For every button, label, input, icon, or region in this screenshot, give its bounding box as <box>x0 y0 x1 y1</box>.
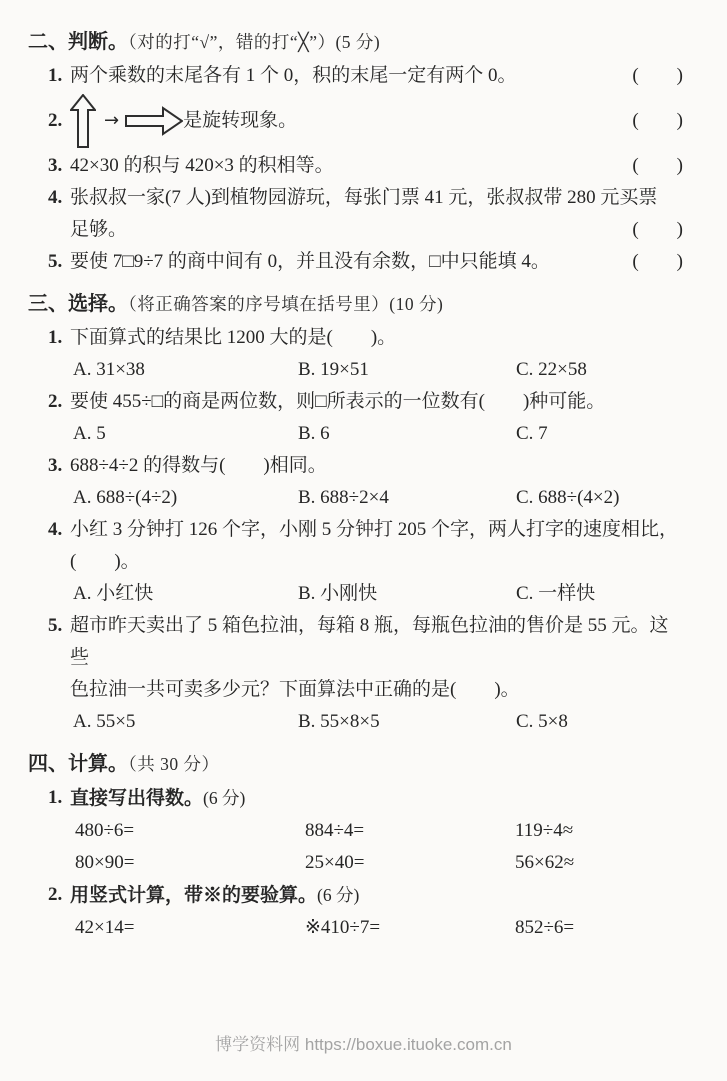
judge-question-3: 3. 42×30 的积与 420×3 的积相等。 ( ) <box>28 150 683 182</box>
judge-question-1: 1. 两个乘数的末尾各有 1 个 0，积的末尾一定有两个 0。 ( ) <box>28 60 683 92</box>
calc-heading-title: 四、计算。 <box>28 753 128 775</box>
footer-watermark: 博学资料网 https://boxue.ituoke.com.cn <box>0 1030 727 1055</box>
calc-expression: 119÷4≈ <box>515 815 683 847</box>
answer-bracket: ( ) <box>624 246 683 278</box>
option-c: C. 一样快 <box>516 578 683 610</box>
answer-bracket: ( ) <box>624 60 683 92</box>
calc-expression: 25×40= <box>305 847 515 879</box>
calc-expression: 56×62≈ <box>515 847 683 879</box>
option-c: C. 22×58 <box>516 354 683 386</box>
question-text: 小红 3 分钟打 126 个字，小刚 5 分钟打 205 个字，两人打字的速度相… <box>70 514 683 546</box>
calc-sub2-label: 用竖式计算，带※的要验算。 <box>70 885 317 906</box>
choice-question-5-line1: 5. 超市昨天卖出了 5 箱色拉油，每箱 8 瓶，每瓶色拉油的售价是 55 元。… <box>28 610 683 674</box>
choice-question-4-line1: 4. 小红 3 分钟打 126 个字，小刚 5 分钟打 205 个字，两人打字的… <box>28 514 683 546</box>
question-text: 要使 7□9÷7 的商中间有 0，并且没有余数，□中只能填 4。 <box>70 246 624 278</box>
question-text-continued: ( )。 <box>70 546 683 578</box>
question-text: 超市昨天卖出了 5 箱色拉油，每箱 8 瓶，每瓶色拉油的售价是 55 元。这些 <box>70 610 683 674</box>
choice-question-1-options: A. 31×38 B. 19×51 C. 22×58 <box>28 354 683 386</box>
option-b: B. 19×51 <box>298 354 516 386</box>
calc-expression: ※410÷7= <box>305 912 515 944</box>
option-a: A. 31×38 <box>73 354 298 386</box>
subquestion-number: 2. <box>48 879 70 911</box>
question-text: 42×30 的积与 420×3 的积相等。 <box>70 150 624 182</box>
choice-question-2-options: A. 5 B. 6 C. 7 <box>28 418 683 450</box>
calc-heading-note: （共 30 分） <box>128 754 220 774</box>
option-a: A. 55×5 <box>73 706 298 738</box>
choice-question-5-options: A. 55×5 B. 55×8×5 C. 5×8 <box>28 706 683 738</box>
calc-sub1-points: (6 分) <box>203 788 245 808</box>
question-number: 2. <box>48 105 70 137</box>
calc-expression: 42×14= <box>75 912 305 944</box>
choice-heading-note: （将正确答案的序号填在括号里）(10 分) <box>128 294 443 314</box>
answer-bracket: ( ) <box>624 214 683 246</box>
option-c: C. 7 <box>516 418 683 450</box>
answer-bracket: ( ) <box>624 150 683 182</box>
judge-section-heading: 二、判断。（对的打“√”，错的打“╳”）(5 分) <box>28 24 683 60</box>
judge-heading-note: （对的打“√”，错的打“╳”）(5 分) <box>128 32 380 52</box>
option-b: B. 6 <box>298 418 516 450</box>
question-number: 1. <box>48 322 70 354</box>
question-number: 4. <box>48 514 70 546</box>
question-number: 5. <box>48 246 70 278</box>
question-number: 2. <box>48 386 70 418</box>
choice-question-4-line2: ( )。 <box>28 546 683 578</box>
question-number: 1. <box>48 60 70 92</box>
choice-question-5-line2: 色拉油一共可卖多少元？下面算法中正确的是( )。 <box>28 674 683 706</box>
calc-sub1-label: 直接写出得数。 <box>70 788 203 809</box>
option-a: A. 小红快 <box>73 578 298 610</box>
calc-row-2: 80×90= 25×40= 56×62≈ <box>28 847 683 879</box>
calc-section-heading: 四、计算。（共 30 分） <box>28 746 683 782</box>
question-number: 5. <box>48 610 70 642</box>
calc-row-3: 42×14= ※410÷7= 852÷6= <box>28 912 683 944</box>
choice-question-3: 3. 688÷4÷2 的得数与( )相同。 <box>28 450 683 482</box>
calc-sub2-points: (6 分) <box>317 885 359 905</box>
option-a: A. 5 <box>73 418 298 450</box>
calc-expression: 80×90= <box>75 847 305 879</box>
question-number: 3. <box>48 450 70 482</box>
choice-question-2: 2. 要使 455÷□的商是两位数，则□所表示的一位数有( )种可能。 <box>28 386 683 418</box>
option-b: B. 688÷2×4 <box>298 482 516 514</box>
question-text: 688÷4÷2 的得数与( )相同。 <box>70 450 683 482</box>
option-c: C. 5×8 <box>516 706 683 738</box>
choice-heading-title: 三、选择。 <box>28 293 128 315</box>
right-arrow-icon: → <box>104 105 119 137</box>
question-text: 两个乘数的末尾各有 1 个 0，积的末尾一定有两个 0。 <box>70 60 624 92</box>
calc-sub2-label-row: 2. 用竖式计算，带※的要验算。(6 分) <box>28 879 683 912</box>
test-paper-page: 二、判断。（对的打“√”，错的打“╳”）(5 分) 1. 两个乘数的末尾各有 1… <box>0 0 727 1081</box>
judge-question-4-line2: 足够。 ( ) <box>28 214 683 246</box>
choice-question-1: 1. 下面算式的结果比 1200 大的是( )。 <box>28 322 683 354</box>
question-text: 是旋转现象。 <box>183 105 297 137</box>
answer-bracket: ( ) <box>624 105 683 137</box>
option-b: B. 小刚快 <box>298 578 516 610</box>
judge-question-5: 5. 要使 7□9÷7 的商中间有 0，并且没有余数，□中只能填 4。 ( ) <box>28 246 683 278</box>
calc-row-1: 480÷6= 884÷4= 119÷4≈ <box>28 815 683 847</box>
question-text: 张叔叔一家(7 人)到植物园游玩，每张门票 41 元，张叔叔带 280 元买票 <box>70 182 683 214</box>
question-text-continued: 足够。 <box>70 214 624 246</box>
subquestion-number: 1. <box>48 782 70 814</box>
calc-expression: 884÷4= <box>305 815 515 847</box>
option-b: B. 55×8×5 <box>298 706 516 738</box>
question-text: 下面算式的结果比 1200 大的是( )。 <box>70 322 683 354</box>
calc-sub1-label-row: 1. 直接写出得数。(6 分) <box>28 782 683 815</box>
question-number: 4. <box>48 182 70 214</box>
up-block-arrow-icon <box>70 94 96 148</box>
judge-heading-title: 二、判断。 <box>28 31 128 53</box>
option-c: C. 688÷(4×2) <box>516 482 683 514</box>
choice-question-3-options: A. 688÷(4÷2) B. 688÷2×4 C. 688÷(4×2) <box>28 482 683 514</box>
question-number: 3. <box>48 150 70 182</box>
judge-question-4-line1: 4. 张叔叔一家(7 人)到植物园游玩，每张门票 41 元，张叔叔带 280 元… <box>28 182 683 214</box>
right-block-arrow-icon <box>125 106 183 136</box>
question-text: 要使 455÷□的商是两位数，则□所表示的一位数有( )种可能。 <box>70 386 683 418</box>
choice-question-4-options: A. 小红快 B. 小刚快 C. 一样快 <box>28 578 683 610</box>
option-a: A. 688÷(4÷2) <box>73 482 298 514</box>
choice-section-heading: 三、选择。（将正确答案的序号填在括号里）(10 分) <box>28 286 683 322</box>
judge-question-2: 2. → 是旋转现象。 ( ) <box>28 92 683 150</box>
calc-expression: 480÷6= <box>75 815 305 847</box>
paper-content: 二、判断。（对的打“√”，错的打“╳”）(5 分) 1. 两个乘数的末尾各有 1… <box>0 0 727 944</box>
calc-expression: 852÷6= <box>515 912 683 944</box>
question-text-continued: 色拉油一共可卖多少元？下面算法中正确的是( )。 <box>70 674 683 706</box>
